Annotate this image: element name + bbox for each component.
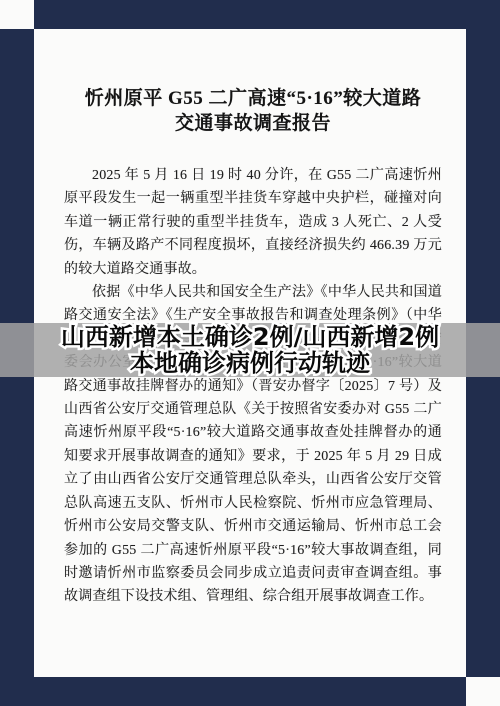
document-title: 忻州原平 G55 二广高速“5·16”较大道路 交通事故调查报告	[64, 86, 442, 136]
title-line-1: 忻州原平 G55 二广高速“5·16”较大道路	[64, 86, 442, 111]
frame-top-bar	[34, 0, 500, 29]
headline-overlay-band: 山西新增本土确诊2例/山西新增2例 本地确诊病例行动轨迹	[0, 323, 500, 377]
headline-line-1: 山西新增本土确诊2例/山西新增2例	[61, 324, 439, 350]
paragraph-incident-summary: 2025 年 5 月 16 日 19 时 40 分许，在 G55 二广高速忻州原…	[64, 164, 442, 281]
frame-bottom-bar	[0, 677, 466, 706]
screenshot-root: 忻州原平 G55 二广高速“5·16”较大道路 交通事故调查报告 2025 年 …	[0, 0, 500, 706]
title-line-2: 交通事故调查报告	[64, 111, 442, 136]
headline-line-2: 本地确诊病例行动轨迹	[130, 350, 370, 376]
